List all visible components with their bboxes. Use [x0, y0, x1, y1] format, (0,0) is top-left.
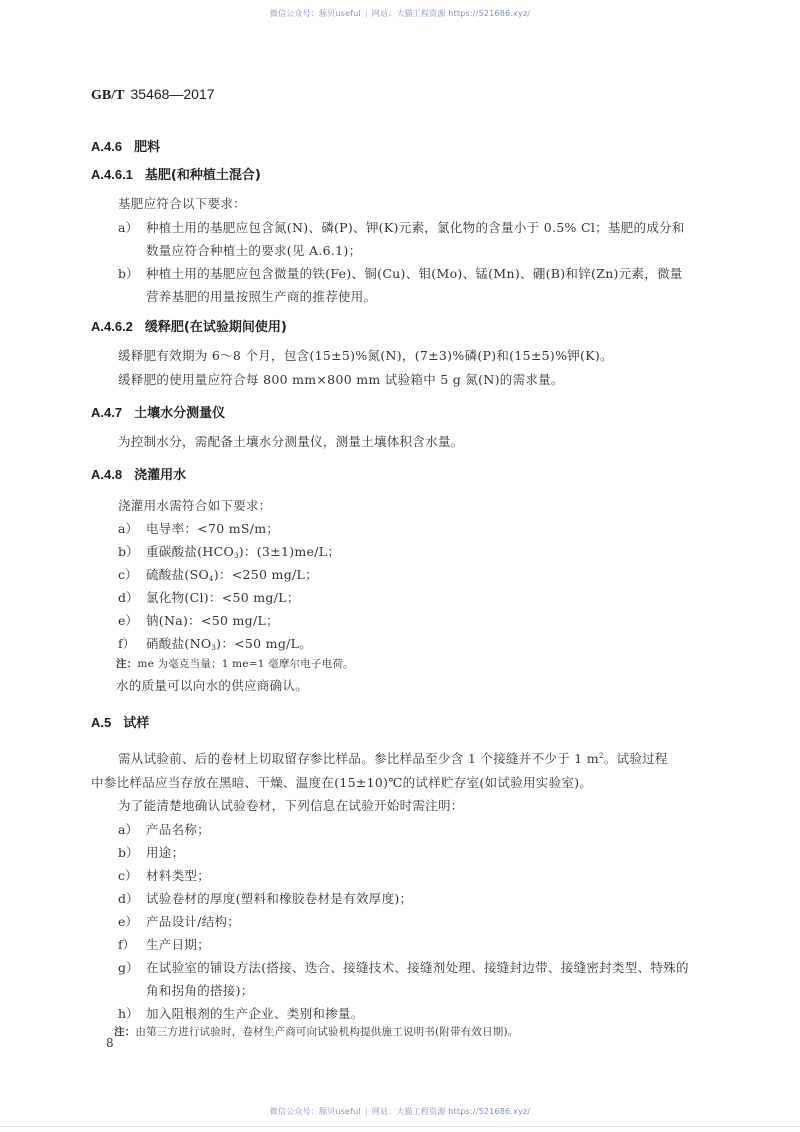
section-number: A.4.7 — [91, 405, 122, 420]
section-title: 肥料 — [134, 140, 160, 155]
standard-prefix: GB/T — [91, 88, 124, 103]
section-title: 浇灌用水 — [134, 468, 186, 483]
bottom-watermark: 微信公众号：豚贝useful|网站：大猫工程资源 https://521686.… — [0, 1106, 800, 1117]
paragraph: 为了能清楚地确认试验卷材，下列信息在试验开始时需注明： — [118, 796, 464, 814]
section-title: 缓释肥(在试验期间使用) — [145, 320, 287, 335]
list-item-text: 试验卷材的厚度(塑料和橡胶卷材是有效厚度)； — [146, 889, 412, 907]
list-item-text: 硝酸盐(NO3)：<50 mg/L。 — [146, 634, 312, 652]
list-item-text: 硫酸盐(SO4)：<250 mg/L； — [146, 565, 318, 583]
list-item-text: 种植土用的基肥应包含微量的铁(Fe)、铜(Cu)、钼(Mo)、锰(Mn)、硼(B… — [146, 264, 683, 282]
list-item-text: 钠(Na)：<50 mg/L； — [146, 611, 279, 629]
list-label: e） — [118, 611, 138, 629]
section-heading-a462: A.4.6.2缓释肥(在试验期间使用) — [91, 316, 287, 335]
list-label: g） — [118, 958, 139, 976]
list-label: b） — [118, 843, 139, 861]
paragraph: 中参比样品应当存放在黑暗、干燥、温度在(15±10)℃的试样贮存室(如试验用实验… — [91, 773, 592, 791]
note-text: me 为毫克当量；1 me=1 毫摩尔电子电荷。 — [137, 658, 353, 670]
standard-code: GB/T35468—2017 — [91, 86, 215, 104]
list-label: f） — [118, 634, 135, 652]
list-label: c） — [118, 565, 138, 583]
watermark-separator: | — [365, 1107, 368, 1116]
page-number: 8 — [106, 1036, 114, 1050]
bottom-divider — [0, 1126, 800, 1127]
list-label: b） — [118, 264, 139, 282]
list-label: a） — [118, 820, 138, 838]
website-text: 网站：大猫工程资源 https://521686.xyz/ — [372, 1107, 530, 1116]
section-heading-a47: A.4.7土壤水分测量仪 — [91, 402, 225, 421]
note: 注：由第三方进行试验时，卷材生产商可向试验机构提供施工说明书(附带有效日期)。 — [114, 1024, 519, 1039]
top-watermark: 微信公众号：豚贝useful|网站：大猫工程资源 https://521686.… — [0, 8, 800, 19]
list-item-text: 氯化物(Cl)：<50 mg/L； — [146, 588, 300, 606]
list-label: a） — [118, 218, 138, 236]
section-title: 土壤水分测量仪 — [134, 406, 225, 421]
section-number: A.4.8 — [91, 467, 122, 482]
note-text: 由第三方进行试验时，卷材生产商可向试验机构提供施工说明书(附带有效日期)。 — [135, 1026, 518, 1038]
note: 注：me 为毫克当量；1 me=1 毫摩尔电子电荷。 — [116, 656, 354, 671]
list-label: d） — [118, 588, 139, 606]
list-item-text: 电导率：<70 mS/m； — [146, 519, 279, 537]
website-text: 网站：大猫工程资源 https://521686.xyz/ — [372, 9, 530, 18]
wechat-text: 微信公众号：豚贝useful — [270, 9, 361, 18]
section-number: A.4.6.1 — [91, 167, 133, 182]
paragraph: 浇灌用水需符合如下要求： — [118, 496, 272, 514]
paragraph: 为控制水分，需配备土壤水分测量仪，测量土壤体积含水量。 — [118, 432, 464, 450]
section-number: A.4.6.2 — [91, 319, 133, 334]
list-item-text: 用途； — [146, 843, 184, 861]
watermark-separator: | — [365, 9, 368, 18]
list-item-text: 角和拐角的搭接)； — [146, 981, 254, 999]
list-item-text: 在试验室的铺设方法(搭接、迭合、接缝技术、接缝剂处理、接缝封边带、接缝密封类型、… — [146, 958, 689, 976]
paragraph: 水的质量可以向水的供应商确认。 — [116, 676, 308, 694]
section-title: 试样 — [123, 716, 149, 731]
paragraph: 缓释肥有效期为 6～8 个月，包含(15±5)%氮(N)，(7±3)%磷(P)和… — [118, 346, 613, 364]
list-item-text: 种植土用的基肥应包含氮(N)、磷(P)、钾(K)元素，氯化物的含量小于 0.5%… — [146, 218, 685, 236]
section-number: A.5 — [91, 715, 111, 730]
list-label: b） — [118, 542, 139, 560]
list-item-text: 材料类型； — [146, 866, 210, 884]
paragraph: 需从试验前、后的卷材上切取留存参比样品。参比样品至少含 1 个接缝并不少于 1 … — [118, 749, 668, 767]
list-label: a） — [118, 519, 138, 537]
list-label: e） — [118, 912, 138, 930]
list-label: f） — [118, 935, 135, 953]
section-heading-a5: A.5试样 — [91, 712, 149, 731]
list-item-text: 产品名称； — [146, 820, 210, 838]
list-label: c） — [118, 866, 138, 884]
list-item-text: 营养基肥的用量按照生产商的推荐使用。 — [146, 287, 376, 305]
note-label: 注： — [114, 1026, 135, 1038]
note-label: 注： — [116, 658, 137, 670]
paragraph: 缓释肥的使用量应符合每 800 mm×800 mm 试验箱中 5 g 氮(N)的… — [118, 370, 564, 388]
list-label: d） — [118, 889, 139, 907]
standard-number: 35468—2017 — [130, 86, 214, 102]
list-item-text: 生产日期； — [146, 935, 210, 953]
section-heading-a48: A.4.8浇灌用水 — [91, 464, 186, 483]
list-label: h） — [118, 1004, 139, 1022]
section-heading-a461: A.4.6.1基肥(和种植土混合) — [91, 164, 261, 183]
list-item-text: 数量应符合种植土的要求(见 A.6.1)； — [146, 241, 361, 259]
section-heading-a46: A.4.6肥料 — [91, 136, 160, 155]
list-item-text: 加入阻根剂的生产企业、类别和掺量。 — [146, 1004, 364, 1022]
section-title: 基肥(和种植土混合) — [145, 168, 261, 183]
paragraph: 基肥应符合以下要求： — [118, 194, 246, 212]
section-number: A.4.6 — [91, 139, 122, 154]
list-item-text: 重碳酸盐(HCO3)：(3±1)me/L； — [146, 542, 340, 560]
list-item-text: 产品设计/结构； — [146, 912, 240, 930]
wechat-text: 微信公众号：豚贝useful — [270, 1107, 361, 1116]
